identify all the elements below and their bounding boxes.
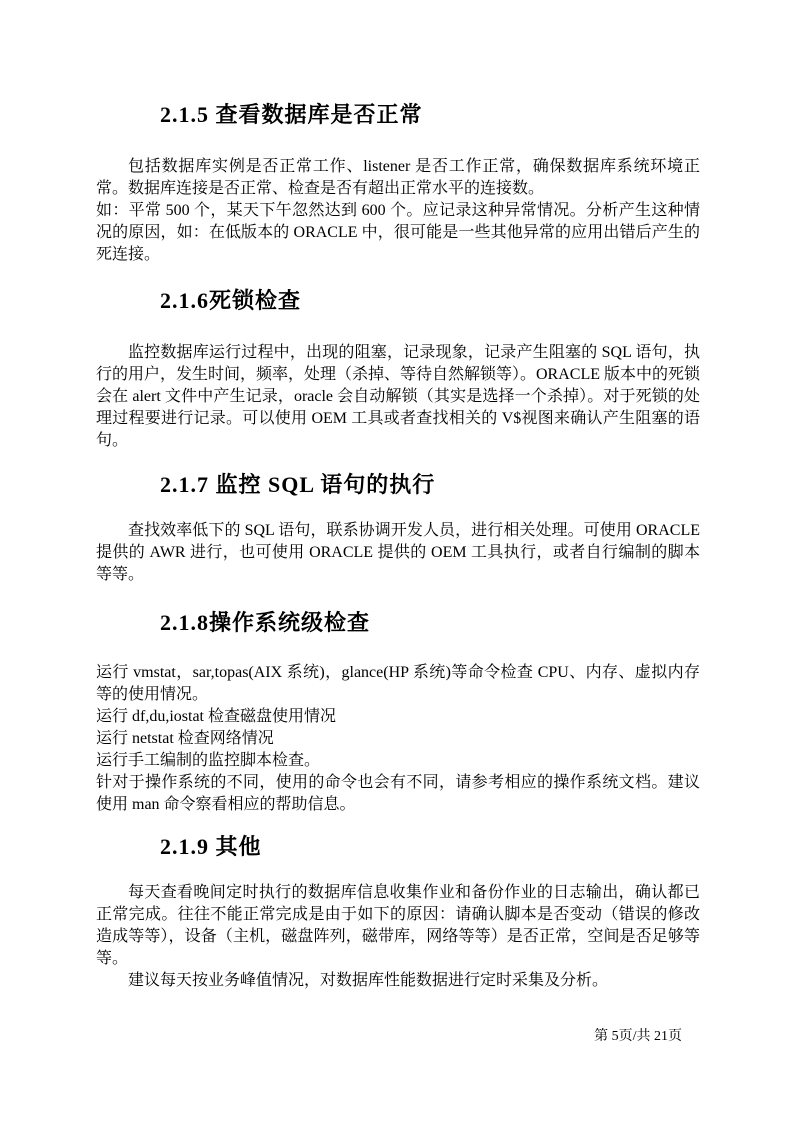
paragraph: 运行 df,du,iostat 检查磁盘使用情况 bbox=[96, 706, 700, 728]
page-footer: 第 5页/共 21页 bbox=[594, 1028, 682, 1046]
paragraph: 查找效率低下的 SQL 语句，联系协调开发人员，进行相关处理。可使用 ORACL… bbox=[96, 520, 700, 586]
section-heading-2-1-9: 2.1.9 其他 bbox=[96, 832, 700, 862]
section-heading-2-1-7: 2.1.7 监控 SQL 语句的执行 bbox=[96, 470, 700, 500]
paragraph: 包括数据库实例是否正常工作、listener 是否工作正常，确保数据库系统环境正… bbox=[96, 156, 700, 200]
section-heading-2-1-8: 2.1.8操作系统级检查 bbox=[96, 608, 700, 638]
paragraph: 运行手工编制的监控脚本检查。 bbox=[96, 750, 700, 772]
paragraph: 监控数据库运行过程中，出现的阻塞，记录现象，记录产生阻塞的 SQL 语句，执行的… bbox=[96, 342, 700, 452]
page-number: 第 5页/共 21页 bbox=[594, 1029, 682, 1044]
paragraph: 如：平常 500 个，某天下午忽然达到 600 个。应记录这种异常情况。分析产生… bbox=[96, 200, 700, 266]
paragraph: 每天查看晚间定时执行的数据库信息收集作业和备份作业的日志输出，确认都已正常完成。… bbox=[96, 882, 700, 970]
paragraph: 建议每天按业务峰值情况，对数据库性能数据进行定时采集及分析。 bbox=[96, 970, 700, 992]
paragraph: 运行 vmstat，sar,topas(AIX 系统)，glance(HP 系统… bbox=[96, 662, 700, 706]
paragraph: 运行 netstat 检查网络情况 bbox=[96, 728, 700, 750]
section-heading-2-1-5: 2.1.5 查看数据库是否正常 bbox=[96, 100, 700, 130]
section-heading-2-1-6: 2.1.6死锁检查 bbox=[96, 286, 700, 316]
paragraph: 针对于操作系统的不同，使用的命令也会有不同，请参考相应的操作系统文档。建议使用 … bbox=[96, 772, 700, 816]
document-page: 2.1.5 查看数据库是否正常 包括数据库实例是否正常工作、listener 是… bbox=[0, 0, 793, 1122]
document-content: 2.1.5 查看数据库是否正常 包括数据库实例是否正常工作、listener 是… bbox=[96, 0, 700, 992]
